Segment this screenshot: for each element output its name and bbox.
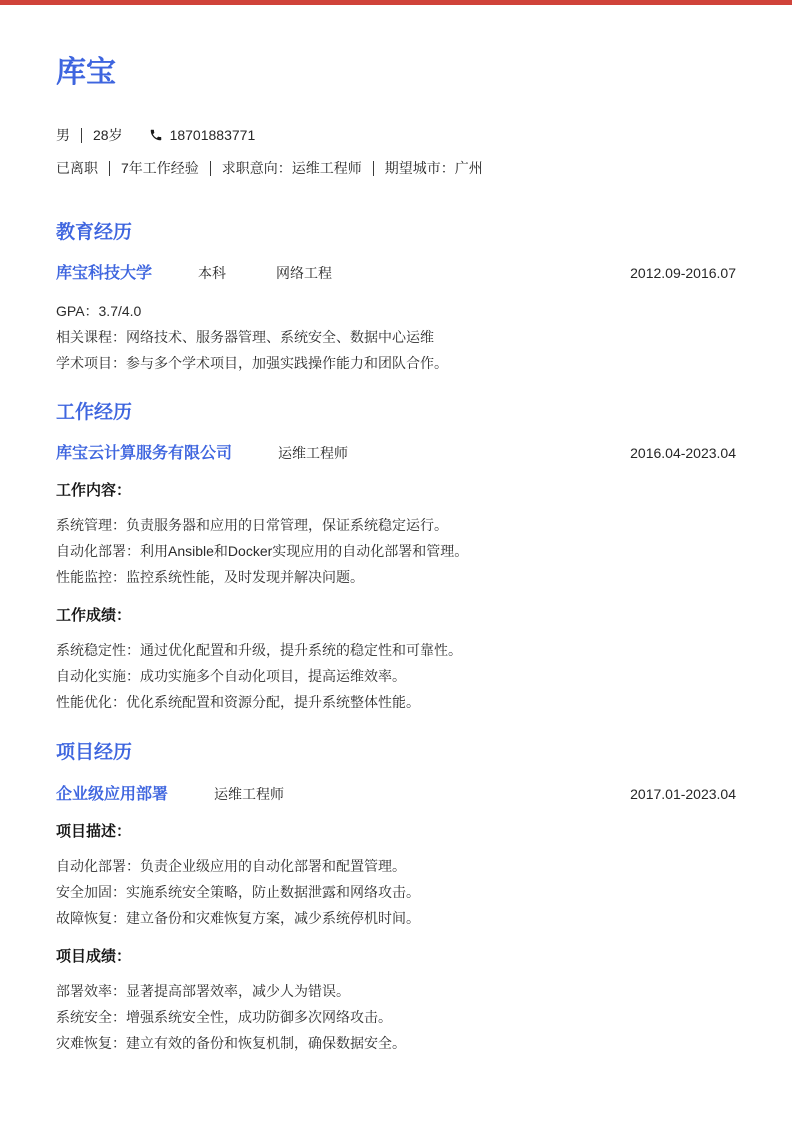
school-name: 库宝科技大学 xyxy=(56,263,152,285)
section-title-work: 工作经历 xyxy=(56,400,736,426)
divider xyxy=(373,161,374,176)
candidate-name: 库宝 xyxy=(56,55,736,91)
project-result-list: 部署效率：显著提高部署效率，减少人为错误。 系统安全：增强系统安全性，成功防御多… xyxy=(56,978,736,1056)
phone-number: 18701883771 xyxy=(170,125,256,145)
job-intention: 求职意向：运维工程师 xyxy=(222,158,362,178)
work-content-item: 性能监控：监控系统性能，及时发现并解决问题。 xyxy=(56,564,736,590)
work-entry-row: 库宝云计算服务有限公司 运维工程师 2016.04-2023.04 xyxy=(56,443,736,465)
project-entry-row: 企业级应用部署 运维工程师 2017.01-2023.04 xyxy=(56,784,736,806)
work-achievement-item: 性能优化：优化系统配置和资源分配，提升系统整体性能。 xyxy=(56,689,736,715)
major-label: 网络工程 xyxy=(276,263,332,283)
work-role: 运维工程师 xyxy=(278,443,348,463)
project-period: 2017.01-2023.04 xyxy=(630,786,736,802)
project-result-item: 灾难恢复：建立有效的备份和恢复机制，确保数据安全。 xyxy=(56,1030,736,1056)
education-details: GPA：3.7/4.0 相关课程：网络技术、服务器管理、系统安全、数据中心运维 … xyxy=(56,298,736,376)
basic-info-line: 男 28岁 18701883771 xyxy=(56,125,736,145)
work-period: 2016.04-2023.04 xyxy=(630,445,736,461)
work-content-item: 系统管理：负责服务器和应用的日常管理，保证系统稳定运行。 xyxy=(56,512,736,538)
phone-block: 18701883771 xyxy=(149,125,256,145)
job-intention-line: 已离职 7年工作经验 求职意向：运维工程师 期望城市：广州 xyxy=(56,158,736,178)
section-title-project: 项目经历 xyxy=(56,740,736,766)
phone-icon xyxy=(149,128,163,142)
divider xyxy=(81,128,82,143)
divider xyxy=(109,161,110,176)
age-label: 28岁 xyxy=(93,125,123,145)
company-name: 库宝云计算服务有限公司 xyxy=(56,443,232,465)
education-entry-row: 库宝科技大学 本科 网络工程 2012.09-2016.07 xyxy=(56,263,736,285)
project-role: 运维工程师 xyxy=(214,784,284,804)
degree-label: 本科 xyxy=(198,263,226,283)
project-result-item: 系统安全：增强系统安全性，成功防御多次网络攻击。 xyxy=(56,1004,736,1030)
project-result-item: 部署效率：显著提高部署效率，减少人为错误。 xyxy=(56,978,736,1004)
project-desc-item: 自动化部署：负责企业级应用的自动化部署和配置管理。 xyxy=(56,853,736,879)
divider xyxy=(210,161,211,176)
project-desc-item: 故障恢复：建立备份和灾难恢复方案，减少系统停机时间。 xyxy=(56,905,736,931)
courses-line: 相关课程：网络技术、服务器管理、系统安全、数据中心运维 xyxy=(56,324,736,350)
top-accent-bar xyxy=(0,0,792,5)
work-achievement-list: 系统稳定性：通过优化配置和升级，提升系统的稳定性和可靠性。 自动化实施：成功实施… xyxy=(56,637,736,715)
work-achievement-item: 系统稳定性：通过优化配置和升级，提升系统的稳定性和可靠性。 xyxy=(56,637,736,663)
section-title-education: 教育经历 xyxy=(56,220,736,246)
gpa-line: GPA：3.7/4.0 xyxy=(56,298,736,324)
resume-content: 库宝 男 28岁 18701883771 已离职 7年工作经验 求职意向：运维工… xyxy=(0,55,792,1056)
work-content-label: 工作内容： xyxy=(56,481,736,501)
work-achievement-item: 自动化实施：成功实施多个自动化项目，提高运维效率。 xyxy=(56,663,736,689)
work-content-item: 自动化部署：利用Ansible和Docker实现应用的自动化部署和管理。 xyxy=(56,538,736,564)
experience-years: 7年工作经验 xyxy=(121,158,199,178)
project-desc-list: 自动化部署：负责企业级应用的自动化部署和配置管理。 安全加固：实施系统安全策略，… xyxy=(56,853,736,931)
job-status: 已离职 xyxy=(56,158,98,178)
academic-project-line: 学术项目：参与多个学术项目，加强实践操作能力和团队合作。 xyxy=(56,350,736,376)
project-name: 企业级应用部署 xyxy=(56,784,168,806)
project-desc-item: 安全加固：实施系统安全策略，防止数据泄露和网络攻击。 xyxy=(56,879,736,905)
education-period: 2012.09-2016.07 xyxy=(630,265,736,281)
work-achievement-label: 工作成绩： xyxy=(56,606,736,626)
project-desc-label: 项目描述： xyxy=(56,822,736,842)
expected-city: 期望城市：广州 xyxy=(385,158,483,178)
resume-page: 库宝 男 28岁 18701883771 已离职 7年工作经验 求职意向：运维工… xyxy=(0,0,792,1121)
project-result-label: 项目成绩： xyxy=(56,947,736,967)
work-content-list: 系统管理：负责服务器和应用的日常管理，保证系统稳定运行。 自动化部署：利用Ans… xyxy=(56,512,736,590)
gender-label: 男 xyxy=(56,125,70,145)
